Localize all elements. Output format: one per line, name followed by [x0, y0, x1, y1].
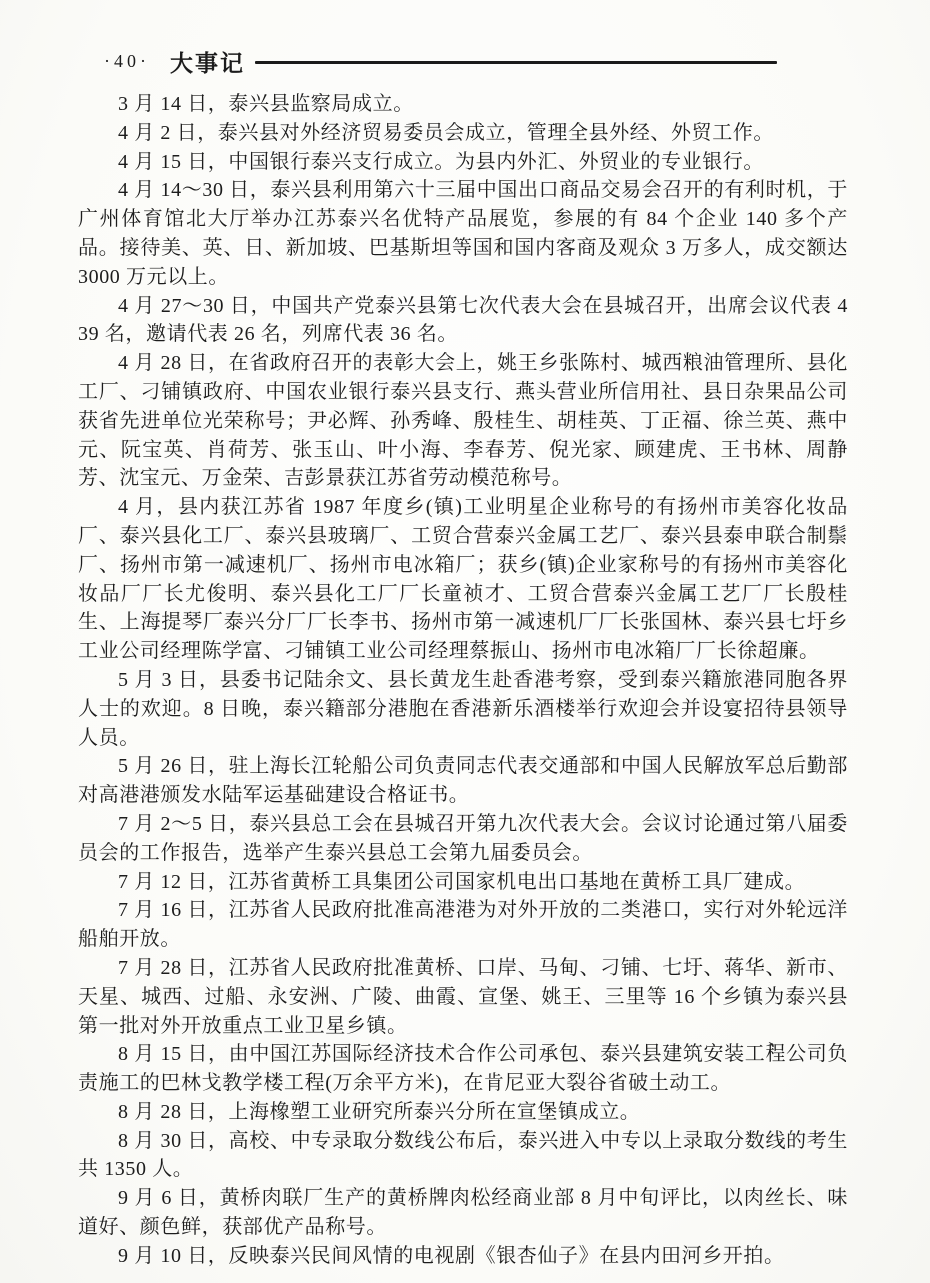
- chronicle-entry: 7 月 2～5 日，泰兴县总工会在县城召开第九次代表大会。会议讨论通过第八届委员…: [78, 810, 848, 868]
- chronicle-entry: 4 月 27～30 日，中国共产党泰兴县第七次代表大会在县城召开，出席会议代表 …: [78, 292, 848, 350]
- chronicle-entry: 8 月 30 日，高校、中专录取分数线公布后，泰兴进入中专以上录取分数线的考生共…: [78, 1127, 848, 1185]
- chronicle-entry: 7 月 28 日，江苏省人民政府批准黄桥、口岸、马甸、刁铺、七圩、蒋华、新市、天…: [78, 954, 848, 1040]
- chronicle-entry: 9 月 6 日，黄桥肉联厂生产的黄桥牌肉松经商业部 8 月中旬评比，以肉丝长、味…: [78, 1184, 848, 1242]
- chronicle-entry: 4 月 14～30 日，泰兴县利用第六十三届中国出口商品交易会召开的有利时机，于…: [78, 176, 848, 291]
- chronicle-entry: 4 月，县内获江苏省 1987 年度乡(镇)工业明星企业称号的有扬州市美容化妆品…: [78, 493, 848, 666]
- chronicle-entry: 4 月 15 日，中国银行泰兴支行成立。为县内外汇、外贸业的专业银行。: [78, 148, 848, 177]
- chronicle-entry: 7 月 12 日，江苏省黄桥工具集团公司国家机电出口基地在黄桥工具厂建成。: [78, 868, 848, 897]
- stray-ink-mark: 、: [768, 1022, 788, 1051]
- chronicle-entry: 4 月 2 日，泰兴县对外经济贸易委员会成立，管理全县外经、外贸工作。: [78, 119, 848, 148]
- chronicle-entry: 7 月 16 日，江苏省人民政府批准高港港为对外开放的二类港口，实行对外轮远洋船…: [78, 896, 848, 954]
- chronicle-entries: 3 月 14 日，泰兴县监察局成立。 4 月 2 日，泰兴县对外经济贸易委员会成…: [78, 90, 848, 1271]
- page-number: ·40·: [104, 51, 150, 72]
- chronicle-entry: 4 月 28 日，在省政府召开的表彰大会上，姚王乡张陈村、城西粮油管理所、县化工…: [78, 349, 848, 493]
- chronicle-entry: 8 月 15 日，由中国江苏国际经济技术合作公司承包、泰兴县建筑安装工程公司负责…: [78, 1040, 848, 1098]
- chronicle-entry: 8 月 28 日，上海橡塑工业研究所泰兴分所在宣堡镇成立。: [78, 1098, 848, 1127]
- running-head: ·40· 大事记: [104, 46, 846, 76]
- chronicle-entry: 5 月 26 日，驻上海长江轮船公司负责同志代表交通部和中国人民解放军总后勤部对…: [78, 752, 848, 810]
- section-title: 大事记: [170, 45, 245, 78]
- chronicle-entry: 3 月 14 日，泰兴县监察局成立。: [78, 90, 848, 119]
- scanned-page: ·40· 大事记 3 月 14 日，泰兴县监察局成立。 4 月 2 日，泰兴县对…: [0, 0, 930, 1283]
- chronicle-entry: 5 月 3 日，县委书记陆余文、县长黄龙生赴香港考察，受到泰兴籍旅港同胞各界人士…: [78, 666, 848, 752]
- chronicle-entry: 9 月 10 日，反映泰兴民间风情的电视剧《银杏仙子》在县内田河乡开拍。: [78, 1242, 848, 1271]
- header-rule: [255, 61, 777, 64]
